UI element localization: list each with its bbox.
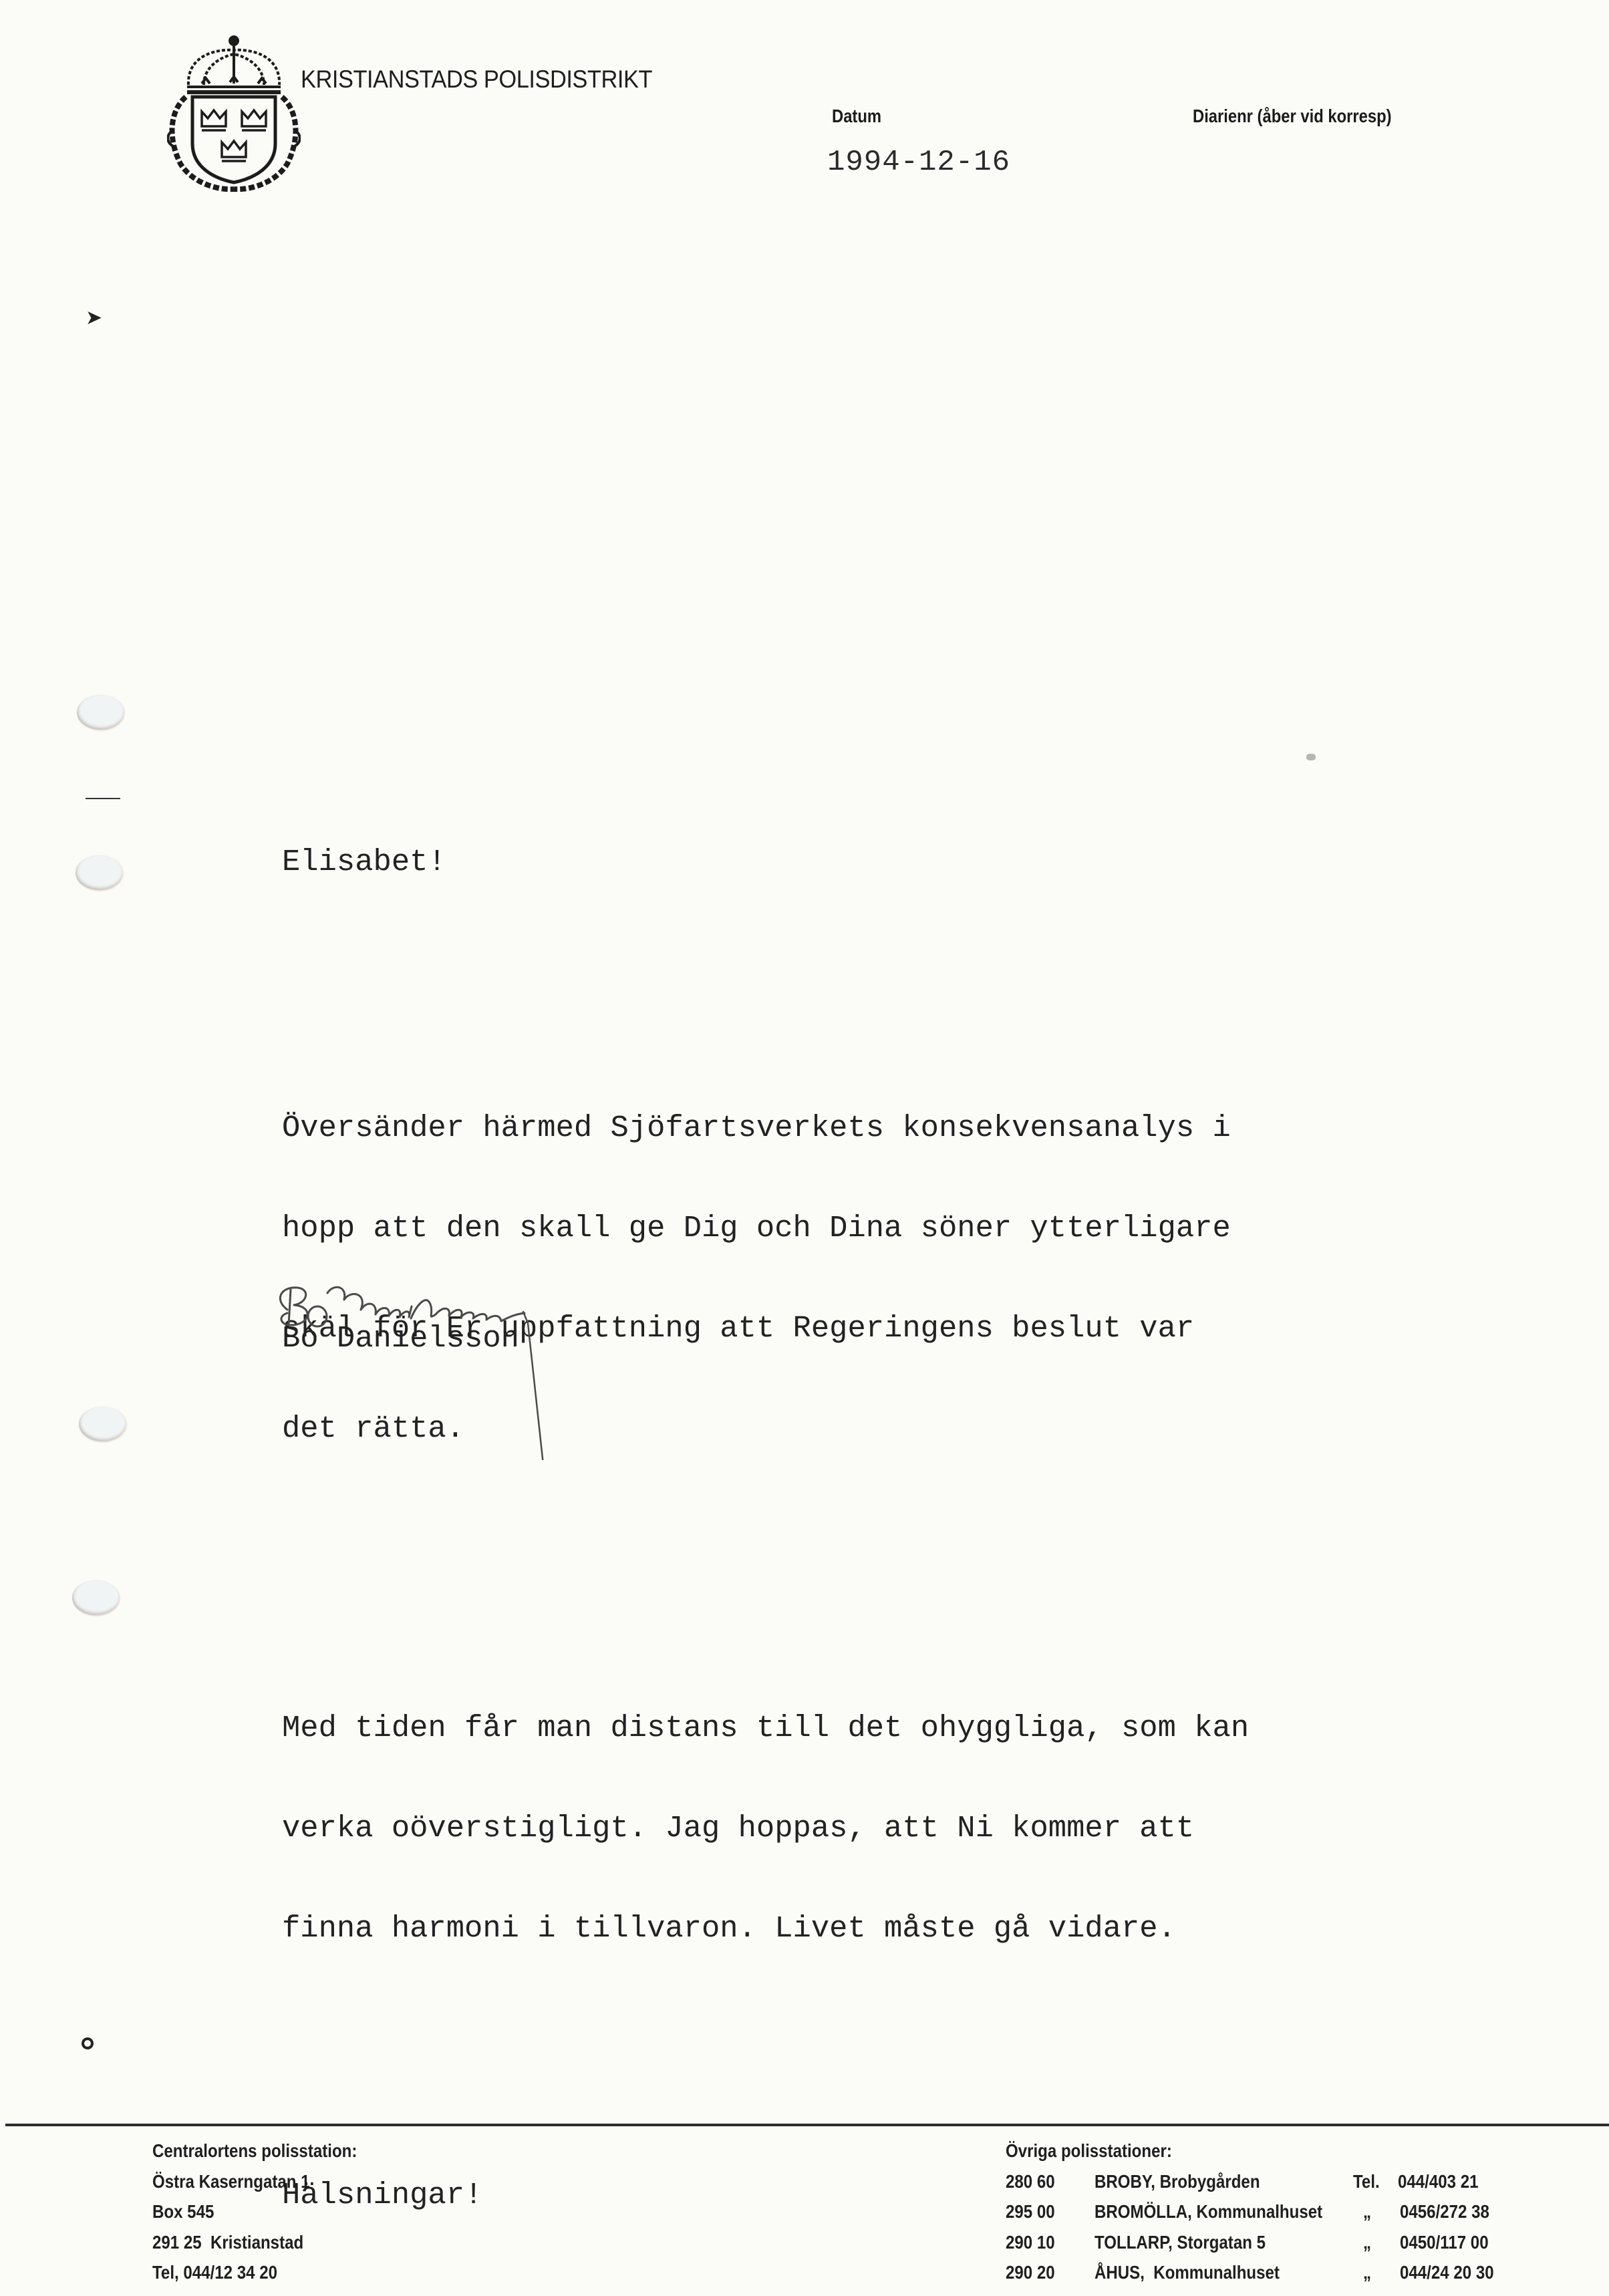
station-phone: 044/24 20 30 xyxy=(1400,2257,1494,2288)
station-phone-prefix: „ xyxy=(1363,2196,1371,2227)
other-stations: Övriga polisstationer: 280 60 BROBY, Bro… xyxy=(1006,2136,1199,2288)
other-stations-heading: Övriga polisstationer: xyxy=(1006,2136,1172,2166)
address-line: 291 25 Kristianstad xyxy=(152,2227,357,2258)
signature-block: Bo Danielsson xyxy=(261,1273,675,1460)
paragraph-line: Med tiden får man distans till det ohygg… xyxy=(282,1711,1418,1745)
address-line: Tel, 044/12 34 20 xyxy=(152,2257,357,2288)
paper-speck xyxy=(1306,754,1316,760)
station-row: 290 20 ÅHUS, Kommunalhuset „ 044/24 20 3… xyxy=(1006,2257,1199,2288)
central-station-heading: Centralortens polisstation: xyxy=(152,2136,357,2166)
punch-hole xyxy=(72,1580,119,1615)
letter-body: Elisabet! Översänder härmed Sjöfartsverk… xyxy=(282,778,1418,2245)
handwritten-signature-icon xyxy=(261,1273,675,1460)
swedish-three-crowns-crest-icon xyxy=(167,30,301,194)
margin-arrow-icon: ➤ xyxy=(86,306,102,329)
paragraph-line: hopp att den skall ge Dig och Dina söner… xyxy=(282,1211,1418,1245)
station-phone-prefix: Tel. xyxy=(1353,2166,1380,2197)
station-zip: 290 20 xyxy=(1006,2257,1055,2288)
signer-name: Bo Danielsson xyxy=(282,1321,519,1356)
paragraph-line: Översänder härmed Sjöfartsverkets konsek… xyxy=(282,1111,1418,1145)
station-zip: 295 00 xyxy=(1006,2196,1055,2227)
station-name: BROBY, Brobygården xyxy=(1094,2166,1260,2197)
station-phone: 0456/272 38 xyxy=(1400,2196,1489,2227)
organization-name: KRISTIANSTADS POLISDISTRIKT xyxy=(301,65,652,94)
station-row: 290 10 TOLLARP, Storgatan 5 „ 0450/117 0… xyxy=(1006,2227,1199,2258)
reference-number-label: Diarienr (åber vid korresp) xyxy=(1193,106,1392,127)
station-name: ÅHUS, Kommunalhuset xyxy=(1094,2257,1280,2288)
station-name: TOLLARP, Storgatan 5 xyxy=(1094,2227,1266,2258)
station-zip: 280 60 xyxy=(1006,2166,1055,2197)
salutation: Elisabet! xyxy=(282,845,1418,879)
fold-mark xyxy=(86,798,120,799)
station-phone: 044/403 21 xyxy=(1398,2166,1479,2197)
punch-hole xyxy=(76,855,122,890)
footer-divider xyxy=(5,2124,1609,2126)
station-phone-prefix: „ xyxy=(1363,2257,1371,2288)
station-row: 280 60 BROBY, Brobygården Tel. 044/403 2… xyxy=(1006,2166,1199,2197)
station-zip: 290 10 xyxy=(1006,2227,1055,2258)
address-line: Box 545 xyxy=(152,2196,357,2227)
paragraph-line: finna harmoni i tillvaron. Livet måste g… xyxy=(282,1912,1418,1945)
station-phone-prefix: „ xyxy=(1363,2227,1371,2258)
date-value: 1994-12-16 xyxy=(827,146,1010,179)
punch-hole xyxy=(77,695,124,730)
paragraph-2: Med tiden får man distans till det ohygg… xyxy=(282,1644,1418,2012)
central-station-address: Centralortens polisstation: Östra Kasern… xyxy=(152,2136,357,2288)
date-label: Datum xyxy=(832,106,881,127)
address-line: Östra Kaserngatan 1 xyxy=(152,2166,357,2197)
station-phone: 0450/117 00 xyxy=(1400,2227,1489,2258)
paragraph-line: verka oöverstigligt. Jag hoppas, att Ni … xyxy=(282,1812,1418,1845)
margin-circle-mark xyxy=(82,2037,94,2049)
station-name: BROMÖLLA, Kommunalhuset xyxy=(1094,2196,1322,2227)
punch-hole xyxy=(79,1407,126,1441)
station-row: 295 00 BROMÖLLA, Kommunalhuset „ 0456/27… xyxy=(1006,2196,1199,2227)
